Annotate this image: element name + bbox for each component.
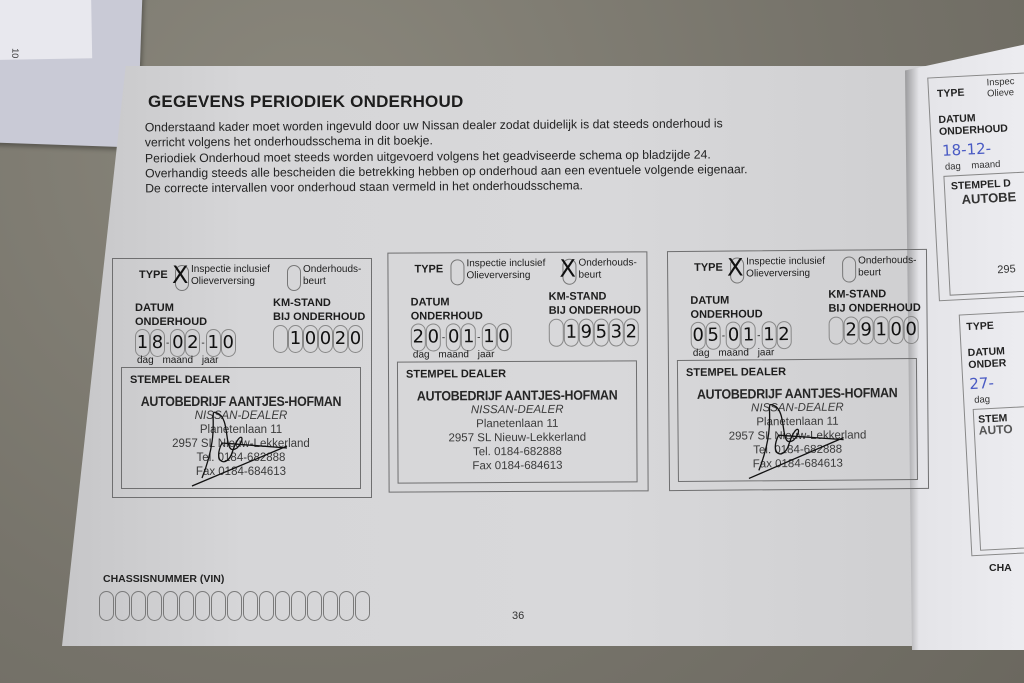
stempel-label: STEMPEL DEALER <box>406 368 506 381</box>
digit-box: 2 <box>411 323 426 351</box>
stamp-name: AUTOBE <box>961 189 1016 207</box>
option-inspectie: X Inspectie inclusief Olieverversing <box>730 256 825 284</box>
vin-char-box <box>323 591 338 621</box>
digit-box: 2 <box>844 316 859 344</box>
stamp-city: 2957 SL Nieuw-Lekkerland <box>398 430 636 445</box>
digit-box: 0 <box>446 323 461 351</box>
option-label: beurt <box>858 267 881 278</box>
vin-char-box <box>179 591 194 621</box>
km-label: KM-STANDBIJ ONDERHOUD <box>828 287 921 316</box>
vin-char-box <box>163 591 178 621</box>
vin-char-box <box>115 591 130 621</box>
digit-box: 5 <box>594 319 609 347</box>
option-label: Onderhouds- <box>858 255 916 267</box>
vin-char-box <box>195 591 210 621</box>
x-mark-icon: X <box>559 256 576 282</box>
checkbox-inspectie: X <box>730 257 744 283</box>
digit-box: 0 <box>726 321 741 349</box>
km-field: 19532 <box>549 318 639 346</box>
digit-box: 1 <box>564 319 579 347</box>
stamp-box: STEM AUTO <box>973 404 1024 551</box>
option-label: Olieverversing <box>191 276 255 287</box>
date-part-labels: dag maand jaar <box>693 347 775 359</box>
digit-box: 9 <box>579 319 594 347</box>
digit-box: 5 <box>706 322 721 350</box>
digit-box: 0 <box>691 322 706 350</box>
dmj-labels: dag maand <box>945 159 1001 173</box>
x-mark-icon: X <box>727 254 744 280</box>
checkbox-onderhoud <box>842 256 856 282</box>
handwritten-date: 18-12- <box>942 139 992 160</box>
digit-box: 0 <box>221 329 236 357</box>
maintenance-card-2: TYPE Inspectie inclusief Olieverversing … <box>387 251 648 492</box>
dealer-stamp: AUTOBEDRIJF AANTJES-HOFMAN NISSAN-DEALER… <box>398 387 636 473</box>
stamp-name: AUTOBEDRIJF AANTJES-HOFMAN <box>688 385 907 402</box>
digit-box <box>829 317 844 345</box>
stamp-tel: Tel. 0184-682888 <box>398 444 636 459</box>
stamp-fax: Fax 0184-684613 <box>679 456 917 472</box>
vin-char-box <box>259 591 274 621</box>
stamp-street: Planetenlaan 11 <box>122 423 360 437</box>
digit-box: 8 <box>150 329 165 357</box>
stamp-city: 295 <box>997 263 1016 276</box>
digit-box: 1 <box>288 325 303 353</box>
stempel-label: STEMPEL DEALER <box>130 374 230 386</box>
option-onderhoud: X Onderhouds- beurt <box>562 257 637 284</box>
date-field: 18-02-10 <box>135 329 236 357</box>
digit-box: 2 <box>776 321 791 349</box>
vin-char-box <box>291 591 306 621</box>
stamp-box: STEMPEL DEALER AUTOBEDRIJF AANTJES-HOFMA… <box>397 360 638 483</box>
maintenance-card-3: TYPE X Inspectie inclusief Olieverversin… <box>667 249 929 491</box>
page-number: 36 <box>512 610 524 622</box>
dealer-stamp: AUTOBEDRIJF AANTJES-HOFMAN NISSAN-DEALER… <box>122 394 360 479</box>
date-separator: - <box>756 330 761 341</box>
date-part-labels: dag maand jaar <box>413 349 495 360</box>
date-separator: - <box>476 332 481 343</box>
checkbox-onderhoud <box>287 265 301 291</box>
stempel-label: STEMPEL DEALER <box>686 366 786 379</box>
digit-box: 1 <box>761 321 776 349</box>
vin-label: CHASSISNUMMER (VIN) <box>103 573 224 585</box>
digit-box: 1 <box>206 329 221 357</box>
option-label: Inspectie inclusief <box>191 264 270 275</box>
digit-box: 9 <box>859 316 874 344</box>
digit-box: 1 <box>874 316 889 344</box>
datum-label: DATUMONDERHOUD <box>411 295 483 323</box>
option-label: Olieverversing <box>746 268 810 280</box>
checkbox-onderhoud: X <box>562 259 576 285</box>
option-label: beurt <box>303 276 326 287</box>
vin-char-box <box>227 591 242 621</box>
datum-label: DATUMONDERHOUD <box>135 301 207 329</box>
datum-label: DATUMONDERHOUD <box>938 110 1008 138</box>
x-mark-icon: X <box>172 262 188 288</box>
handwritten-date: 27- <box>969 374 994 393</box>
digit-box: 1 <box>461 323 476 351</box>
option-label: beurt <box>578 270 601 281</box>
digit-box: 2 <box>333 325 348 353</box>
stamp-fax: Fax 0184-684613 <box>122 465 360 479</box>
datum-label: DATUMONDERHOUD <box>690 293 762 322</box>
stamp-dealer: NISSAN-DEALER <box>398 402 636 417</box>
page-title: GEGEVENS PERIODIEK ONDERHOUD <box>148 92 463 112</box>
date-field: 05-01-12 <box>691 321 792 350</box>
right-page-card-1: TYPE InspecOlieve DATUMONDERHOUD 18-12- … <box>927 71 1024 302</box>
option-label: Olieverversing <box>466 270 530 281</box>
option-onderhoud: Onderhouds- beurt <box>842 255 917 283</box>
stamp-city: 2957 SL Nieuw-Lekkerland <box>122 437 360 451</box>
km-field: 10020 <box>273 325 363 353</box>
stamp-street: Planetenlaan 11 <box>398 416 636 431</box>
stamp-box: STEMPEL DEALER AUTOBEDRIJF AANTJES-HOFMA… <box>121 367 361 489</box>
option-label: Inspectie inclusief <box>466 258 545 269</box>
vin-boxes <box>99 591 371 621</box>
vin-char-box <box>307 591 322 621</box>
vin-char-box <box>131 591 146 621</box>
date-separator: - <box>200 338 205 349</box>
date-field: 20-01-10 <box>411 323 512 352</box>
stamp-name: AUTOBEDRIJF AANTJES-HOFMAN <box>132 394 351 409</box>
option-onderhoud: Onderhouds- beurt <box>287 264 361 291</box>
vin-char-box <box>275 591 290 621</box>
km-label: KM-STANDBIJ ONDERHOUD <box>549 289 641 317</box>
digit-box <box>273 325 288 353</box>
datum-label: DATUMONDER <box>967 345 1006 371</box>
vin-label-partial: CHA <box>989 562 1012 574</box>
digit-box: 3 <box>609 318 624 346</box>
stamp-box: STEMPEL DEALER AUTOBEDRIJF AANTJES-HOFMA… <box>677 358 918 482</box>
dealer-stamp: AUTOBEDRIJF AANTJES-HOFMAN NISSAN-DEALER… <box>678 385 917 472</box>
option-inspectie: InspecOlieve <box>986 76 1015 99</box>
right-page-card-2: TYPE DATUMONDER 27- dag STEM AUTO <box>959 310 1024 556</box>
type-label: TYPE <box>937 87 965 100</box>
vin-char-box <box>355 591 370 621</box>
vin-char-box <box>99 591 114 621</box>
stamp-name: AUTO <box>978 422 1012 438</box>
digit-box: 0 <box>496 323 511 351</box>
stamp-fax: Fax 0184-684613 <box>398 458 636 473</box>
option-label: Onderhouds- <box>303 264 361 275</box>
stamp-box: STEMPEL D AUTOBE 295 <box>943 169 1024 296</box>
option-inspectie: Inspectie inclusief Olieverversing <box>450 258 545 285</box>
digit-box: 0 <box>348 325 363 353</box>
intro-text: Onderstaand kader moet worden ingevuld d… <box>145 116 836 197</box>
checkbox-inspectie <box>450 259 464 285</box>
type-label: TYPE <box>414 263 443 275</box>
stamp-dealer: NISSAN-DEALER <box>122 409 360 423</box>
digit-box: 1 <box>481 323 496 351</box>
km-field: 29100 <box>829 316 919 345</box>
type-label: TYPE <box>966 320 994 333</box>
stamp-tel: Tel. 0184-682888 <box>122 451 360 465</box>
digit-box: 1 <box>135 329 150 357</box>
vin-char-box <box>211 591 226 621</box>
digit-box: 0 <box>889 316 904 344</box>
type-label: TYPE <box>139 269 168 281</box>
date-part-labels: dag maand jaar <box>137 355 219 366</box>
digit-box: 2 <box>185 329 200 357</box>
digit-box: 0 <box>303 325 318 353</box>
vin-char-box <box>243 591 258 621</box>
digit-box: 0 <box>426 323 441 351</box>
digit-box: 0 <box>904 316 919 344</box>
option-label: Onderhouds- <box>578 257 636 268</box>
digit-box: 2 <box>624 318 639 346</box>
vin-char-box <box>147 591 162 621</box>
digit-box: 0 <box>318 325 333 353</box>
loose-paper-number: 10 <box>10 48 20 58</box>
digit-box: 1 <box>741 321 756 349</box>
digit-box: 0 <box>170 329 185 357</box>
maintenance-card-1: TYPE X Inspectie inclusief Olieverversin… <box>112 258 372 498</box>
option-label: Inspectie inclusief <box>746 256 825 268</box>
dag-label: dag <box>974 394 990 406</box>
checkbox-inspectie: X <box>175 265 189 291</box>
km-label: KM-STANDBIJ ONDERHOUD <box>273 296 365 324</box>
stamp-name: AUTOBEDRIJF AANTJES-HOFMAN <box>408 387 627 403</box>
digit-box <box>549 319 564 347</box>
vin-char-box <box>339 591 354 621</box>
type-label: TYPE <box>694 262 723 274</box>
option-inspectie: X Inspectie inclusief Olieverversing <box>175 264 270 291</box>
